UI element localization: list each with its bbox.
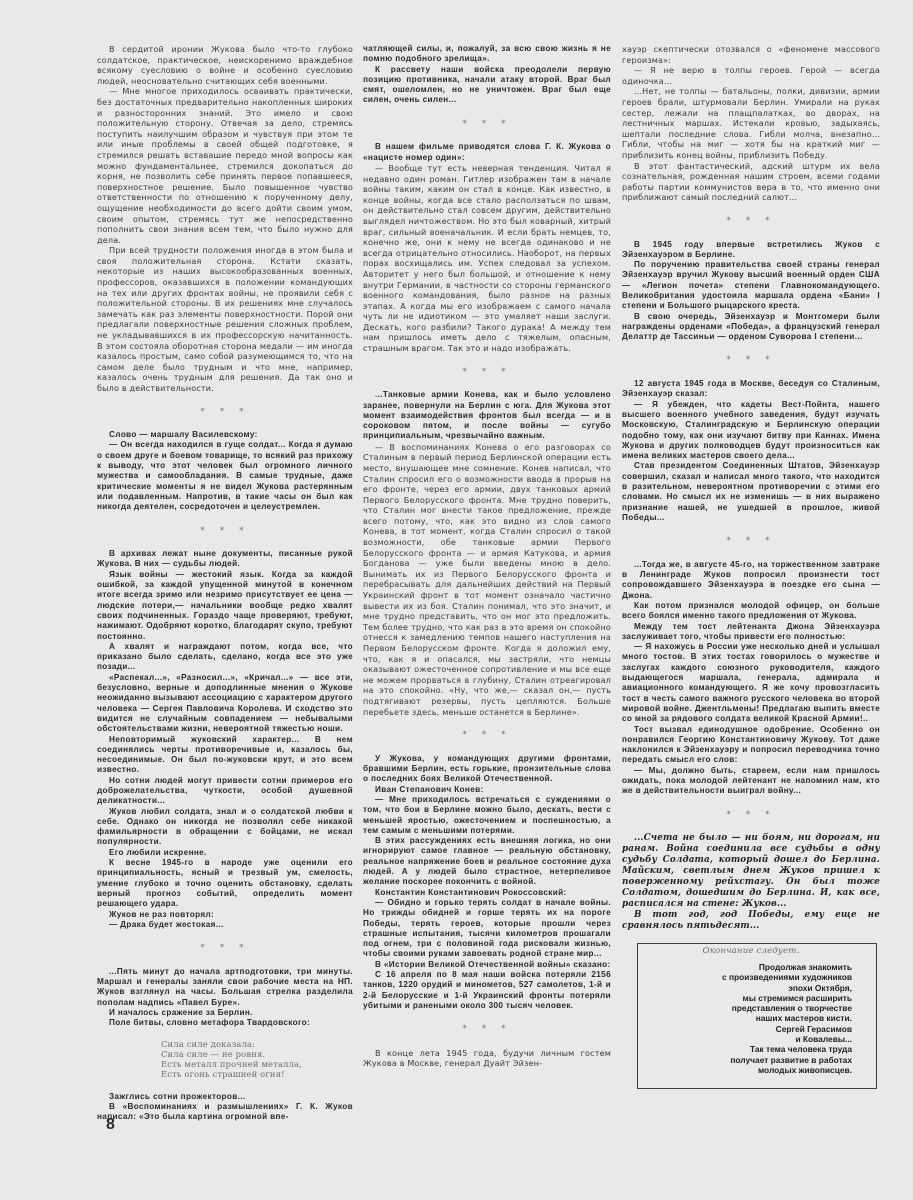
paragraph: А хвалят и награждают потом, когда все, … (97, 642, 353, 673)
editorial-note-box: Продолжая знакомить с произведениями худ… (637, 943, 877, 1089)
paragraph: Жуков любил солдата, знал и о солдатской… (97, 807, 353, 848)
paragraph: В этот фантастический, адский штурм их в… (622, 161, 880, 203)
section-divider-stars: * * * (363, 367, 611, 378)
quote-paragraph: — Мы, должно быть, стареем, если нам при… (622, 766, 880, 797)
left-column: В сердитой иронии Жукова было что-то глу… (97, 44, 353, 1123)
section-divider-stars: * * * (97, 943, 353, 954)
paragraph: В свою очередь, Эйзенхауэр и Монтгомери … (622, 312, 880, 343)
middle-column: чатляющей силы, и, пожалуй, за всю свою … (363, 44, 611, 1069)
note-line: получает развитие в работах (722, 1055, 852, 1065)
paragraph: В архивах лежат ныне документы, писанные… (97, 549, 353, 570)
section-divider-stars: * * * (363, 119, 611, 130)
paragraph: — Мне приходилось встречаться с суждения… (363, 795, 611, 836)
note-line: эпохи Октября, (722, 983, 852, 993)
paragraph: Неповторимый жуковский характер... В нем… (97, 735, 353, 776)
note-line: молодых живописцев. (722, 1065, 852, 1075)
paragraph: Поле битвы, словно метафора Твардовского… (97, 1018, 353, 1028)
paragraph: По поручению правительства своей страны … (622, 260, 880, 311)
note-line: и Ковалевы... (722, 1034, 852, 1044)
paragraph: К рассвету наши войска преодолели первую… (363, 65, 611, 106)
paragraph: Жуков не раз повторял: (97, 910, 353, 920)
paragraph: Иван Степанович Конев: (363, 785, 611, 795)
paragraph: хауэр скептически отозвался о «феномене … (622, 44, 880, 65)
paragraph: ...Танковые армии Конева, как и было усл… (363, 390, 611, 441)
paragraph: В конце лета 1945 года, будучи личным го… (363, 1048, 611, 1069)
poem-line: Есть огонь страшней огня! (161, 1069, 353, 1079)
paragraph: В «Истории Великой Отечественной войны» … (363, 960, 611, 970)
note-line: Сергей Герасимов (722, 1024, 852, 1034)
quote-paragraph: — Я нахожусь в России уже несколько дней… (622, 642, 880, 724)
paragraph: Константин Константинович Рокоссовский: (363, 888, 611, 898)
paragraph: В сердитой иронии Жукова было что-то глу… (97, 44, 353, 86)
section-divider-stars: * * * (622, 216, 880, 227)
paragraph: При всей трудности положения иногда в эт… (97, 245, 353, 393)
paragraph: — Обидно и горько терять солдат в начале… (363, 898, 611, 960)
paragraph: — Я не верю в толпы героев. Герой — всег… (622, 65, 880, 86)
paragraph: — Драка будет жестокая... (97, 920, 353, 930)
paragraph: 12 августа 1945 года в Москве, беседуя с… (622, 379, 880, 400)
paragraph: Язык войны — жестокий язык. Когда за каж… (97, 570, 353, 642)
paragraph: В «Воспоминаниях и размышлениях» Г. К. Ж… (97, 1102, 353, 1123)
paragraph: ...Тогда же, в августе 45-го, на торжест… (622, 560, 880, 601)
paragraph: — Мне многое приходилось осваивать практ… (97, 86, 353, 245)
section-divider-stars: * * * (363, 1024, 611, 1035)
paragraph: чатляющей силы, и, пожалуй, за всю свою … (363, 44, 611, 65)
paragraph: Слово — маршалу Василевскому: (97, 430, 353, 440)
poem-line: Сила силе доказала: (161, 1039, 353, 1049)
paragraph: Зажглись сотни прожекторов... (97, 1092, 353, 1102)
paragraph: ...Нет, не толпы — батальоны, полки, див… (622, 86, 880, 160)
paragraph: ...Пять минут до начала артподготовки, т… (97, 967, 353, 1008)
paragraph: В нашем фильме приводятся слова Г. К. Жу… (363, 142, 611, 163)
quote-paragraph: — В воспоминаниях Конева о его разговора… (363, 442, 611, 717)
paragraph: Но сотни людей могут привести сотни прим… (97, 776, 353, 807)
paragraph: В этих рассуждениях есть внешняя логика,… (363, 836, 611, 887)
section-divider-stars: * * * (97, 526, 353, 537)
poem-line: Сила силе — не ровня. (161, 1049, 353, 1059)
closing-paragraph: ...Счета не было — ни боям, ни дорогам, … (622, 833, 880, 910)
paragraph: И началось сражение за Берлин. (97, 1008, 353, 1018)
right-column: хауэр скептически отозвался о «феномене … (622, 44, 880, 965)
paragraph: С 16 апреля по 8 мая наши войска потерял… (363, 970, 611, 1011)
paragraph: Как потом признался молодой офицер, он б… (622, 601, 880, 622)
section-divider-stars: * * * (97, 407, 353, 418)
section-divider-stars: * * * (622, 355, 880, 366)
poem-quote: Сила силе доказала: Сила силе — не ровня… (161, 1039, 353, 1080)
paragraph: «Распекал...», «Разносил...», «Кричал...… (97, 673, 353, 735)
note-line: с произведениями художников (722, 972, 852, 982)
paragraph: Его любили искренне. (97, 848, 353, 858)
magazine-page: В сердитой иронии Жукова было что-то глу… (0, 0, 913, 1200)
section-divider-stars: * * * (622, 810, 880, 821)
quote-paragraph: — Вообще тут есть неверная тенденция. Чи… (363, 163, 611, 354)
note-line: Продолжая знакомить (722, 962, 852, 972)
paragraph: Став президентом Соединенных Штатов, Эйз… (622, 461, 880, 523)
paragraph: К весне 1945-го в народе уже оценили его… (97, 858, 353, 909)
note-line: мы стремимся расширить (722, 993, 852, 1003)
paragraph: У Жукова, у командующих другими фронтами… (363, 754, 611, 785)
editorial-note-text: Продолжая знакомить с произведениями худ… (722, 962, 852, 1075)
note-line: представления о творчестве (722, 1003, 852, 1013)
note-line: наших мастеров кисти. (722, 1013, 852, 1023)
note-line: Так тема человека труда (722, 1044, 852, 1054)
section-divider-stars: * * * (363, 730, 611, 741)
quote-paragraph: — Он всегда находился в гуще солдат... К… (97, 440, 353, 512)
closing-paragraph: В тот год, год Победы, ему еще не сравня… (622, 910, 880, 932)
paragraph: В 1945 году впервые встретились Жуков с … (622, 240, 880, 261)
section-divider-stars: * * * (622, 536, 880, 547)
paragraph: Тост вызвал единодушное одобрение. Особе… (622, 725, 880, 766)
poem-line: Есть металл прочней металла, (161, 1059, 353, 1069)
page-number: 8 (106, 1116, 115, 1134)
paragraph: Между тем тост лейтенанта Джона Эйзенхау… (622, 622, 880, 643)
quote-paragraph: — Я убежден, что кадеты Вест-Пойнта, наш… (622, 400, 880, 462)
